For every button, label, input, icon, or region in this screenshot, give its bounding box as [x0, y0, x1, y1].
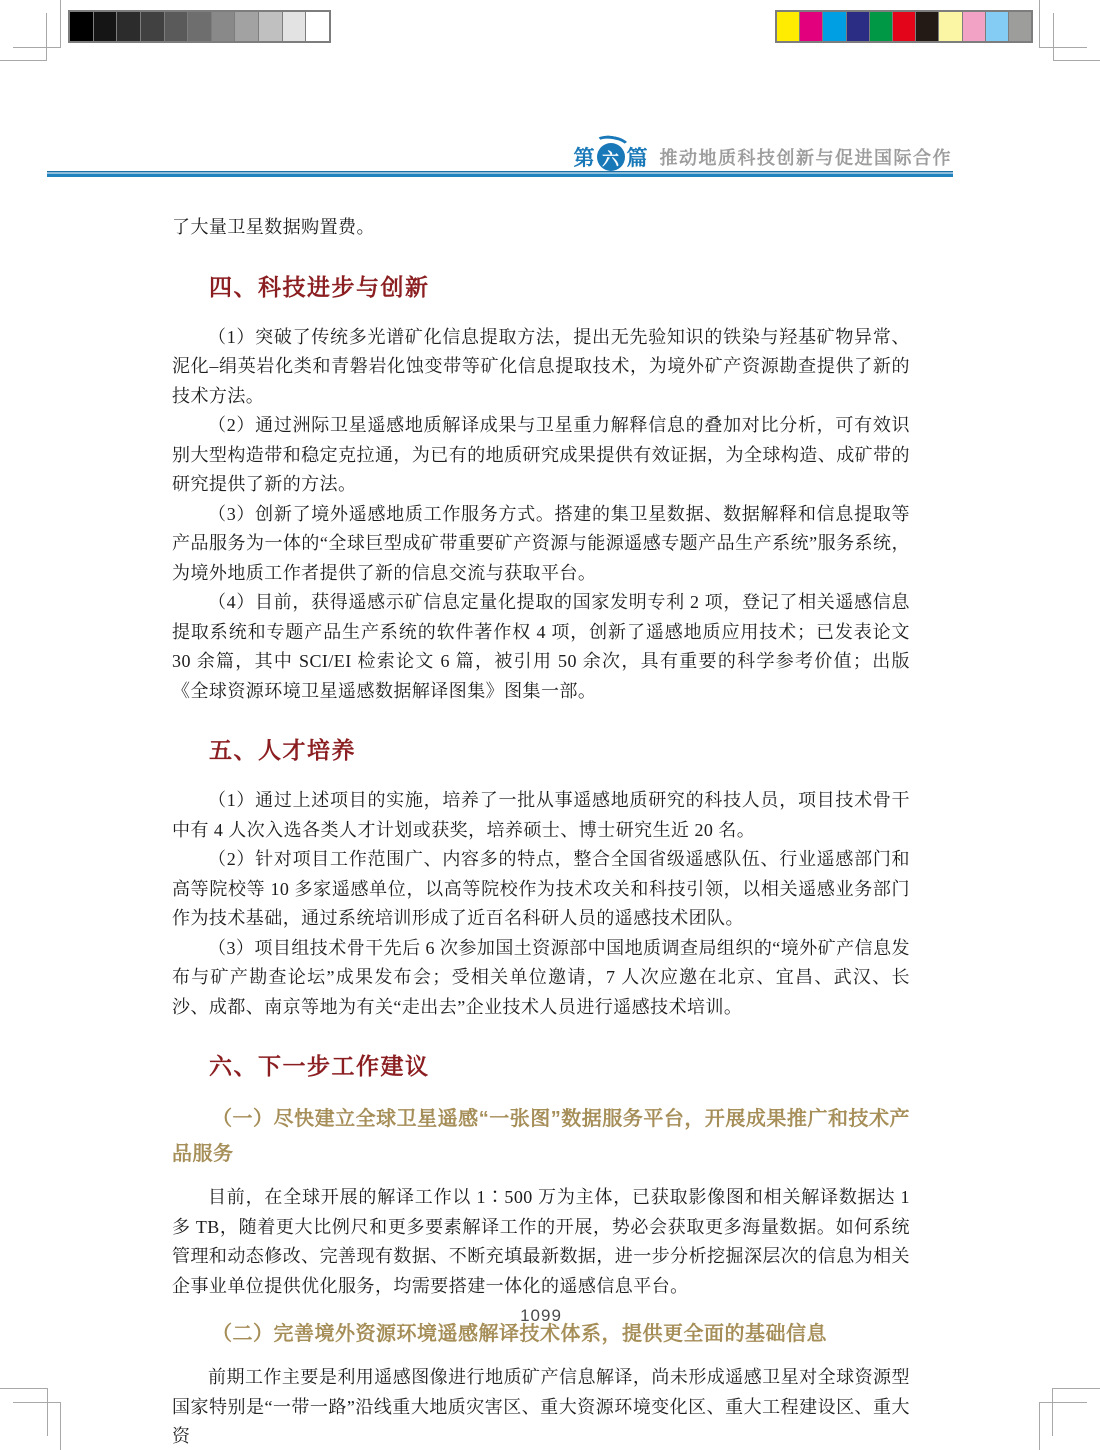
calibration-swatch	[893, 12, 915, 41]
crop-mark-bottom-right	[1039, 1402, 1087, 1450]
body-paragraph: （2）针对项目工作范围广、内容多的特点，整合全国省级遥感队伍、行业遥感部门和高等…	[172, 845, 910, 934]
calibration-swatch	[777, 12, 799, 41]
body-paragraph: 前期工作主要是利用遥感图像进行地质矿产信息解译，尚未形成遥感卫星对全球资源型国家…	[172, 1363, 910, 1450]
calibration-swatch	[963, 12, 985, 41]
calibration-swatch	[70, 12, 93, 41]
document-page: 第 六 篇 推动地质科技创新与促进国际合作 了大量卫星数据购置费。 四、科技进步…	[0, 0, 1100, 1450]
calibration-swatch	[165, 12, 188, 41]
chapter-number-badge: 六	[597, 143, 625, 171]
body-paragraph: （1）通过上述项目的实施，培养了一批从事遥感地质研究的科技人员，项目技术骨干中有…	[172, 786, 910, 845]
page-content: 了大量卫星数据购置费。 四、科技进步与创新 （1）突破了传统多光谱矿化信息提取方…	[172, 213, 910, 1450]
grayscale-calibration-bar	[68, 10, 331, 43]
calibration-swatch	[1009, 12, 1031, 41]
chapter-number: 六	[602, 145, 619, 170]
color-calibration-bar	[775, 10, 1033, 43]
calibration-swatch	[306, 12, 329, 41]
body-paragraph: （2）通过洲际卫星遥感地质解译成果与卫星重力解释信息的叠加对比分析，可有效识别大…	[172, 411, 910, 500]
calibration-swatch	[259, 12, 282, 41]
crop-mark-bottom-left	[13, 1402, 61, 1450]
calibration-swatch	[939, 12, 961, 41]
calibration-swatch	[235, 12, 258, 41]
body-paragraph: （1）突破了传统多光谱矿化信息提取方法，提出无先验知识的铁染与羟基矿物异常、泥化…	[172, 323, 910, 412]
calibration-swatch	[800, 12, 822, 41]
subsection-heading-1: （一）尽快建立全球卫星遥感“一张图”数据服务平台，开展成果推广和技术产品服务	[172, 1102, 910, 1172]
body-paragraph: （3）项目组技术骨干先后 6 次参加国土资源部中国地质调查局组织的“境外矿产信息…	[172, 934, 910, 1023]
calibration-swatch	[823, 12, 845, 41]
calibration-swatch	[283, 12, 306, 41]
calibration-swatch	[141, 12, 164, 41]
header-rule	[47, 171, 953, 177]
body-paragraph: （4）目前，获得遥感示矿信息定量化提取的国家发明专利 2 项，登记了相关遥感信息…	[172, 588, 910, 706]
continuation-paragraph: 了大量卫星数据购置费。	[172, 213, 910, 243]
section-heading-4: 四、科技进步与创新	[209, 269, 910, 302]
page-number: 1099	[172, 1306, 910, 1326]
calibration-swatch	[847, 12, 869, 41]
chapter-header: 第 六 篇 推动地质科技创新与促进国际合作	[574, 141, 953, 173]
calibration-swatch	[212, 12, 235, 41]
crop-mark-top-right	[1053, 13, 1100, 61]
body-paragraph: （3）创新了境外遥感地质工作服务方式。搭建的集卫星数据、数据解释和信息提取等产品…	[172, 500, 910, 589]
crop-mark-top-left	[0, 13, 47, 61]
calibration-swatch	[94, 12, 117, 41]
chapter-label-prefix: 第	[574, 142, 595, 172]
calibration-swatch	[117, 12, 140, 41]
chapter-title: 推动地质科技创新与促进国际合作	[660, 144, 953, 170]
calibration-swatch	[986, 12, 1008, 41]
body-paragraph: 目前，在全球开展的解译工作以 1∶500 万为主体，已获取影像图和相关解译数据达…	[172, 1183, 910, 1301]
section-heading-5: 五、人才培养	[209, 732, 910, 765]
calibration-swatch	[188, 12, 211, 41]
calibration-swatch	[870, 12, 892, 41]
calibration-swatch	[916, 12, 938, 41]
section-heading-6: 六、下一步工作建议	[209, 1048, 910, 1081]
